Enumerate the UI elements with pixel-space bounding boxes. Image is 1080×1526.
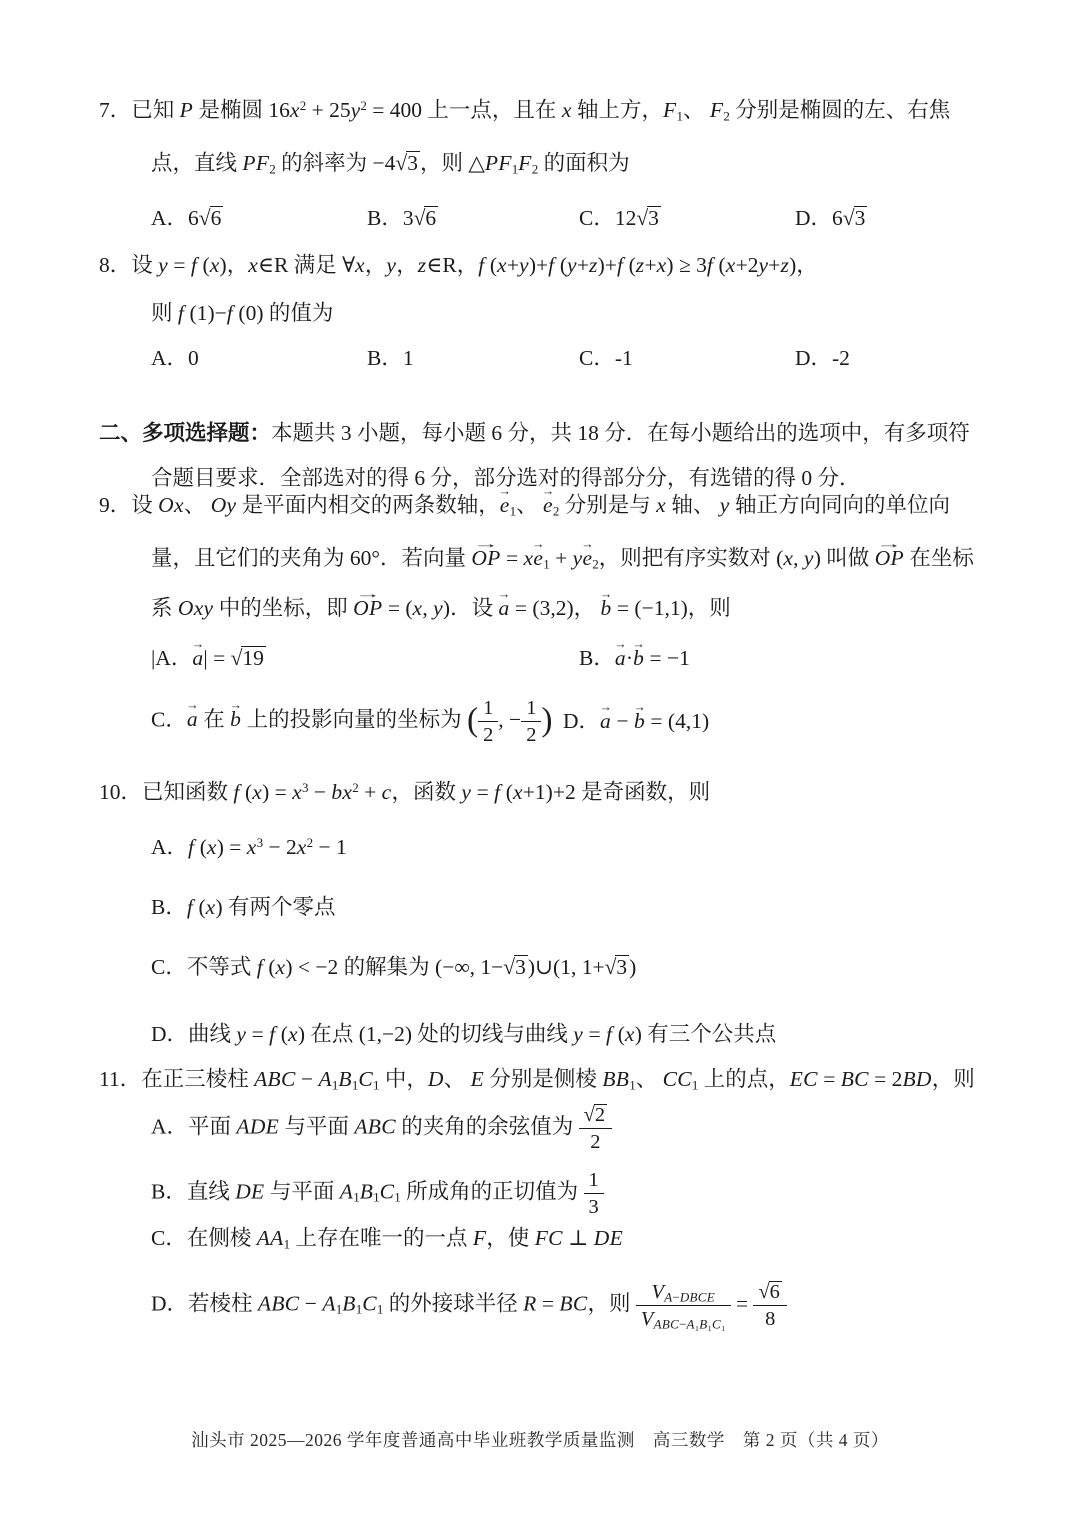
question-9-options-row-1: |A．a| = √19 B．a·b = −1	[99, 645, 991, 672]
question-9: 9．设 Ox、 Oy 是平面内相交的两条数轴，e1、 e2 分别是与 x 轴、 …	[99, 492, 991, 747]
question-10-option-d: D．曲线 y = f (x) 在点 (1,−2) 处的切线与曲线 y = f (…	[99, 1021, 991, 1048]
question-8-option-b: B．1	[367, 345, 579, 372]
question-8-option-d: D．-2	[795, 345, 991, 372]
question-9-option-b: B．a·b = −1	[579, 645, 991, 672]
question-11: 11．在正三棱柱 ABC − A1B1C1 中，D、 E 分别是侧棱 BB1、 …	[99, 1066, 991, 1331]
question-11-option-a: A．平面 ADE 与平面 ABC 的夹角的余弦值为 √22	[99, 1103, 991, 1154]
question-9-line-1: 9．设 Ox、 Oy 是平面内相交的两条数轴，e1、 e2 分别是与 x 轴、 …	[99, 492, 991, 519]
question-10-option-a: A．f (x) = x3 − 2x2 − 1	[99, 834, 991, 861]
question-9-option-a-body: A．a| = √19	[155, 646, 266, 670]
question-9-option-d: D．a − b = (4,1)	[563, 708, 991, 735]
question-9-line-2: 量，且它们的夹角为 60°．若向量 OP = xe1 + ye2，则把有序实数对…	[99, 545, 991, 572]
question-7-option-c: C．12√3	[579, 205, 795, 232]
question-11-option-c: C．在侧棱 AA1 上存在唯一的一点 F，使 FC ⊥ DE	[99, 1225, 991, 1252]
exam-content: 7．已知 P 是椭圆 16x2 + 25y2 = 400 上一点，且在 x 轴上…	[99, 97, 991, 1331]
question-7-option-b: B．3√6	[367, 205, 579, 232]
question-7-line-2: 点，直线 PF2 的斜率为 −4√3，则 △PF1F2 的面积为	[99, 150, 991, 177]
question-10-stem: 10．已知函数 f (x) = x3 − bx2 + c，函数 y = f (x…	[99, 779, 991, 806]
question-7-option-a: A．6√6	[151, 205, 367, 232]
question-7-options: A．6√6 B．3√6 C．12√3 D．6√3	[99, 205, 991, 232]
question-9-line-3: 系 Oxy 中的坐标，即 OP = (x, y)．设 a = (3,2)， b …	[99, 595, 991, 622]
question-8: 8．设 y = f (x)，x∈R 满足 ∀x，y，z∈R，f (x+y)+f …	[99, 252, 991, 372]
question-9-options-row-2: C．a 在 b 上的投影向量的坐标为 (12, −12) D．a − b = (…	[99, 696, 991, 747]
question-8-option-a: A．0	[151, 345, 367, 372]
question-7: 7．已知 P 是椭圆 16x2 + 25y2 = 400 上一点，且在 x 轴上…	[99, 97, 991, 232]
question-11-stem: 11．在正三棱柱 ABC − A1B1C1 中，D、 E 分别是侧棱 BB1、 …	[99, 1066, 991, 1093]
question-9-option-a: |A．a| = √19	[151, 645, 579, 672]
section-2-header-line-1: 二、多项选择题：本题共 3 小题，每小题 6 分，共 18 分．在每小题给出的选…	[99, 420, 991, 447]
question-10: 10．已知函数 f (x) = x3 − bx2 + c，函数 y = f (x…	[99, 779, 991, 1048]
page-footer-text: 汕头市 2025—2026 学年度普通高中毕业班教学质量监测 高三数学 第 2 …	[191, 1430, 889, 1450]
question-8-line-2: 则 f (1)−f (0) 的值为	[99, 300, 991, 327]
question-7-line-1: 7．已知 P 是椭圆 16x2 + 25y2 = 400 上一点，且在 x 轴上…	[99, 97, 991, 124]
question-11-option-b: B．直线 DE 与平面 A1B1C1 所成角的正切值为 13	[99, 1168, 991, 1219]
question-10-option-c: C．不等式 f (x) < −2 的解集为 (−∞, 1−√3)∪(1, 1+√…	[99, 954, 991, 981]
question-11-option-d: D．若棱柱 ABC − A1B1C1 的外接球半径 R = BC，则 VA−DB…	[99, 1280, 991, 1331]
exam-page: 7．已知 P 是椭圆 16x2 + 25y2 = 400 上一点，且在 x 轴上…	[0, 0, 1080, 1526]
question-10-option-b: B．f (x) 有两个零点	[99, 894, 991, 921]
page-footer: 汕头市 2025—2026 学年度普通高中毕业班教学质量监测 高三数学 第 2 …	[0, 1427, 1080, 1452]
question-8-option-c: C．-1	[579, 345, 795, 372]
question-9-option-c: C．a 在 b 上的投影向量的坐标为 (12, −12)	[151, 696, 563, 747]
question-8-line-1: 8．设 y = f (x)，x∈R 满足 ∀x，y，z∈R，f (x+y)+f …	[99, 252, 991, 279]
question-7-option-d: D．6√3	[795, 205, 991, 232]
question-8-options: A．0 B．1 C．-1 D．-2	[99, 345, 991, 372]
section-2-header: 二、多项选择题：本题共 3 小题，每小题 6 分，共 18 分．在每小题给出的选…	[99, 420, 991, 492]
